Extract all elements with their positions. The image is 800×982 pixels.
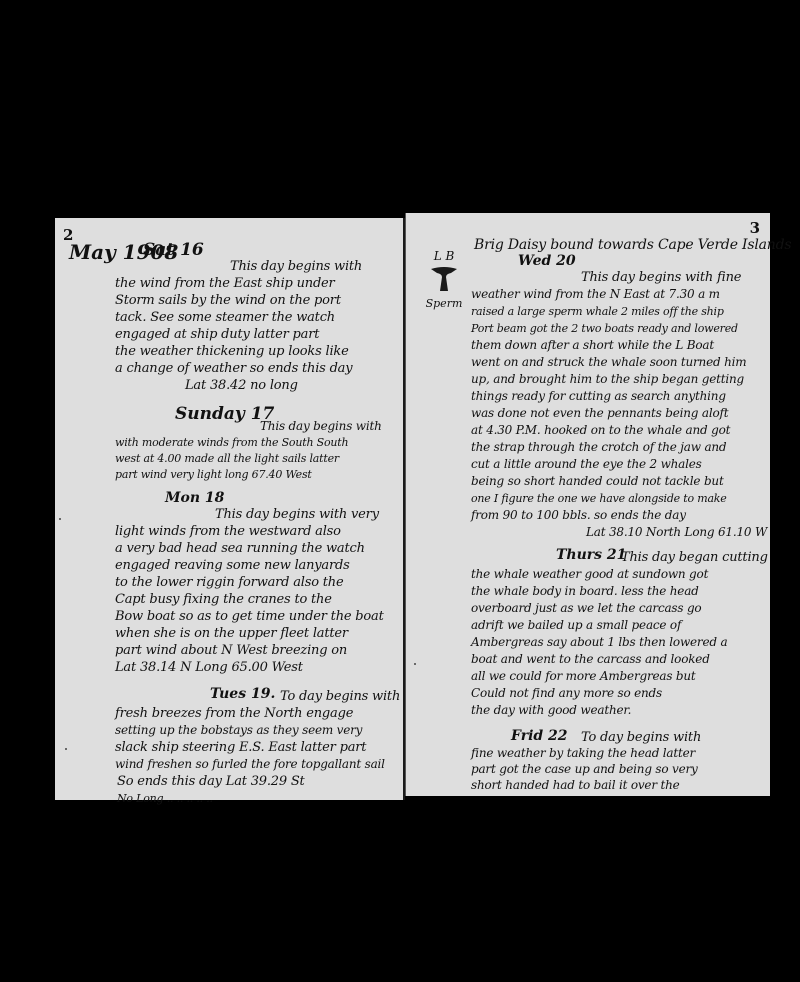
- entry-line: part wind very light long 67.40 West: [115, 466, 312, 483]
- entry-line: Ambergreas say about 1 lbs then lowered …: [471, 634, 727, 651]
- entry-line: all we could for more Ambergreas but: [471, 668, 696, 685]
- entry-line: from 90 to 100 bbls. so ends the day: [471, 507, 686, 524]
- entry-date: Frid 22: [511, 728, 568, 744]
- entry-line: Capt busy fixing the cranes to the: [115, 591, 332, 608]
- entry-line: light winds from the westward also: [115, 523, 341, 540]
- entry-line: at 4.30 P.M. hooked on to the whale and …: [471, 422, 730, 439]
- entry-line: went on and struck the whale soon turned…: [471, 354, 746, 371]
- entry-line: Could not find any more so ends: [471, 685, 662, 702]
- entry-date: Mon 18: [165, 490, 224, 506]
- entry-line: the strap through the crotch of the jaw …: [471, 439, 726, 456]
- entry-line: Port beam got the 2 two boats ready and …: [471, 320, 738, 337]
- entry-line: things ready for cutting as search anyth…: [471, 388, 726, 405]
- entry-line: No Long .. .. .. .. ..: [117, 790, 213, 807]
- entry-line: with moderate winds from the South South: [115, 434, 348, 451]
- document-viewer: 2 May 1908 Sat 16 This day begins with t…: [0, 0, 800, 982]
- entry-line: part wind about N West breezing on: [115, 642, 347, 659]
- entry-line: engaged at ship duty latter part: [115, 326, 319, 343]
- entry-line: one I figure the one we have alongside t…: [471, 490, 727, 507]
- entry-line: To day begins with: [581, 729, 701, 746]
- entry-line: slack ship steering E.S. East latter par…: [115, 739, 366, 756]
- entry-line: a change of weather so ends this day: [115, 360, 352, 377]
- entry-line: west at 4.00 made all the light sails la…: [115, 450, 339, 467]
- entry-line: Lat 38.42 no long: [185, 377, 298, 394]
- entry-line: tack. See some steamer the watch: [115, 309, 335, 326]
- entry-line: This day began cutting: [621, 549, 768, 566]
- entry-line: So ends this day Lat 39.29 St: [117, 773, 305, 790]
- entry-date: Sat 16: [143, 240, 204, 260]
- entry-line: up, and brought him to the ship began ge…: [471, 371, 744, 388]
- entry-line: raised a large sperm whale 2 miles off t…: [471, 303, 724, 320]
- entry-date: Wed 20: [518, 253, 576, 269]
- entry-line: Bow boat so as to get time under the boa…: [115, 608, 384, 625]
- entry-line: them down after a short while the L Boat: [471, 337, 714, 354]
- entry-line: Storm sails by the wind on the port: [115, 292, 341, 309]
- entry-line: to the lower riggin forward also the: [115, 574, 343, 591]
- entry-line: This day begins with fine: [581, 269, 741, 286]
- entry-line: short handed had to bail it over the: [471, 777, 680, 794]
- entry-line: adrift we bailed up a small peace of: [471, 617, 681, 634]
- entry-line: Lat 38.10 North Long 61.10 W: [586, 524, 767, 541]
- whale-flukes-icon: [429, 263, 459, 293]
- entry-line: setting up the bobstays as they seem ver…: [115, 722, 362, 739]
- entry-line: fine weather by taking the head latter: [471, 745, 695, 762]
- entry-line: being so short handed could not tackle b…: [471, 473, 724, 490]
- voyage-header: Brig Daisy bound towards Cape Verde Isla…: [474, 237, 791, 254]
- entry-line: This day begins with: [260, 418, 382, 435]
- entry-line: To day begins with: [280, 688, 400, 705]
- stamp-label: Sperm: [422, 297, 466, 311]
- entry-line: This day begins with: [230, 258, 362, 275]
- left-page: 2 May 1908 Sat 16 This day begins with t…: [55, 218, 405, 800]
- entry-line: the weather thickening up looks like: [115, 343, 349, 360]
- entry-line: weather wind from the N East at 7.30 a m: [471, 286, 720, 303]
- stamp-initials: L B: [422, 249, 466, 263]
- paper-speck: [414, 663, 416, 665]
- entry-line: was done not even the pennants being alo…: [471, 405, 728, 422]
- entry-line: part got the case up and being so very: [471, 761, 698, 778]
- right-page: 3 Brig Daisy bound towards Cape Verde Is…: [405, 213, 770, 796]
- entry-line: the whale weather good at sundown got: [471, 566, 708, 583]
- entry-line: cut a little around the eye the 2 whales: [471, 456, 702, 473]
- entry-line: This day begins with very: [215, 506, 379, 523]
- entry-date: Thurs 21: [556, 547, 626, 563]
- entry-line: Lat 38.14 N Long 65.00 West: [115, 659, 303, 676]
- entry-line: the whale body in board. less the head: [471, 583, 699, 600]
- entry-line: the day with good weather.: [471, 702, 631, 719]
- paper-speck: [59, 518, 61, 520]
- entry-date: Tues 19.: [210, 686, 275, 702]
- paper-speck: [65, 748, 67, 750]
- entry-line: engaged reaving some new lanyards: [115, 557, 350, 574]
- entry-line: overboard just as we let the carcass go: [471, 600, 701, 617]
- entry-line: a very bad head sea running the watch: [115, 540, 365, 557]
- entry-line: the wind from the East ship under: [115, 275, 335, 292]
- entry-line: wind freshen so furled the fore topgalla…: [115, 756, 385, 773]
- entry-line: when she is on the upper fleet latter: [115, 625, 348, 642]
- entry-line: fresh breezes from the North engage: [115, 705, 353, 722]
- whale-tally-stamp: L B Sperm: [422, 249, 466, 323]
- page-number: 3: [750, 219, 760, 237]
- entry-line: boat and went to the carcass and looked: [471, 651, 710, 668]
